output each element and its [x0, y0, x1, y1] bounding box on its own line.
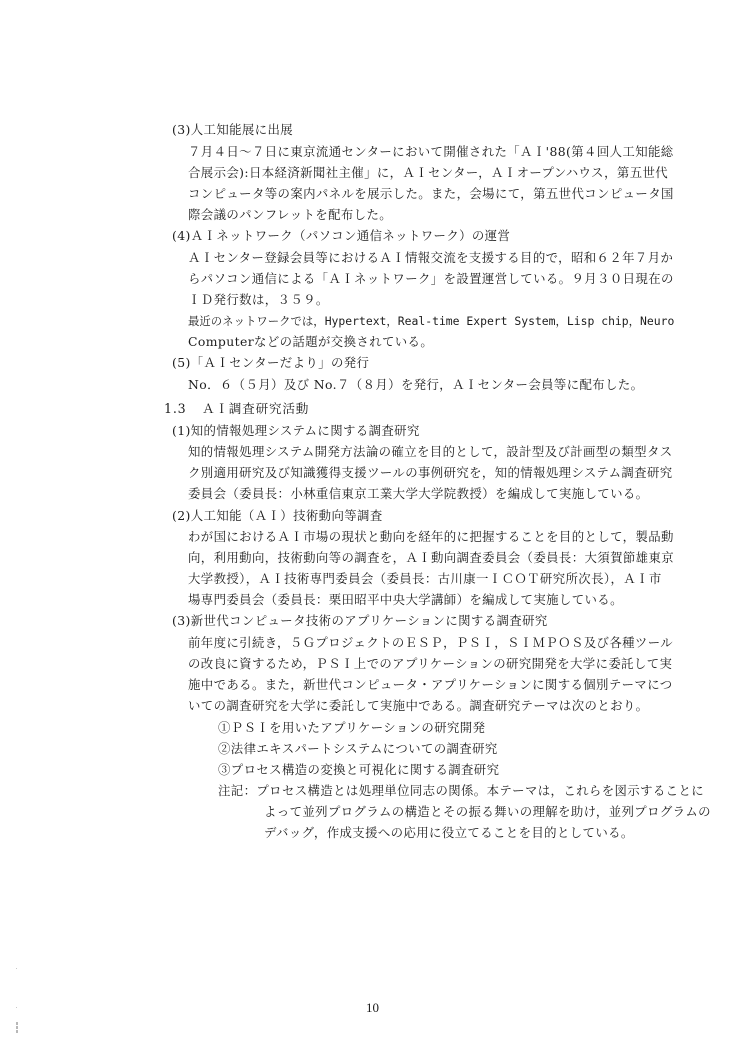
paragraph-line: ＩＤ発行数は，３５９。	[188, 292, 329, 308]
paragraph-line: 委員会（委員長：小林重信東京工業大学大学院教授）を編成して実施している。	[188, 486, 648, 502]
scan-artifact	[16, 968, 17, 969]
subsection-heading-knowledge-systems: (1)知的情報処理システムに関する調査研究	[172, 423, 420, 439]
section-title: ＡＩ調査研究活動	[202, 401, 309, 416]
section-number: 1.3	[164, 401, 202, 417]
paragraph-line: の改良に資するため，ＰＳＩ上でのアプリケーションの研究開発を大学に委託して実	[188, 656, 672, 672]
paragraph-line: 際会議のパンフレットを配布した。	[188, 207, 392, 223]
page-number: 10	[366, 1000, 379, 1016]
section-heading-exhibition: (3)人工知能展に出展	[172, 122, 293, 138]
paragraph-line: ク別適用研究及び知識獲得支援ツールの事例研究を，知的情報処理システム調査研究	[188, 465, 673, 481]
paragraph-line: ＡＩセンター登録会員等におけるＡＩ情報交流を支援する目的で，昭和６２年７月か	[188, 250, 673, 266]
paragraph-line: 場専門委員会（委員長：栗田昭平中央大学講師）を編成して実施している。	[188, 592, 623, 608]
note-line: よって並列プログラムの構造とその振る舞いの理解を助け，並列プログラムの	[264, 804, 711, 820]
paragraph-line: コンピュータ等の案内パネルを展示した。また，会場にて，第五世代コンピュータ国	[188, 186, 674, 202]
scan-artifact	[16, 1030, 18, 1033]
section-heading-1-3: 1.3ＡＩ調査研究活動	[164, 401, 309, 417]
scan-artifact	[16, 1022, 18, 1025]
paragraph-line: 最近のネットワークでは，Hypertext，Real-time Expert S…	[188, 313, 674, 329]
paragraph-line: 合展示会):日本経済新聞社主催」に，ＡＩセンター，ＡＩオープンハウス，第五世代	[188, 165, 668, 181]
paragraph-line: Computerなどの話題が交換されている。	[188, 334, 433, 350]
paragraph-line: いての調査研究を大学に委託して実施中である。調査研究テーマは次のとおり。	[188, 698, 648, 714]
paragraph-line: 知的情報処理システム開発方法論の確立を目的として，設計型及び計画型の類型タス	[188, 444, 673, 460]
scan-artifact	[16, 1026, 18, 1029]
section-heading-ai-network: (4)ＡＩネットワーク（パソコン通信ネットワーク）の運営	[172, 228, 510, 244]
paragraph-line: わが国におけるＡＩ市場の現状と動向を経年的に把握することを目的として，製品動	[188, 529, 674, 545]
paragraph-line: 大学教授），ＡＩ技術専門委員会（委員長：古川康一ＩＣＯＴ研究所次長），ＡＩ市	[188, 571, 662, 587]
subsection-heading-ai-trends: (2)人工知能（ＡＩ）技術動向等調査	[172, 508, 383, 524]
research-theme-item: ②法律エキスパートシステムについての調査研究	[218, 741, 498, 757]
paragraph-line: 前年度に引続き，５ＧプロジェクトのＥＳＰ，ＰＳＩ，ＳＩＭＰＯＳ及び各種ツール	[188, 635, 673, 651]
section-heading-newsletter: (5)「ＡＩセンターだより」の発行	[172, 355, 369, 371]
paragraph-line: ７月４日～７日に東京流通センターにおいて開催された「ＡＩ'88(第４回人工知能総	[188, 144, 674, 160]
document-page: (3)人工知能展に出展 ７月４日～７日に東京流通センターにおいて開催された「ＡＩ…	[0, 0, 750, 1054]
subsection-heading-new-generation: (3)新世代コンピュータ技術のアプリケーションに関する調査研究	[172, 613, 548, 629]
research-theme-item: ③プロセス構造の変換と可視化に関する調査研究	[218, 762, 499, 778]
note-line: 注記：プロセス構造とは処理単位同志の関係。本テーマは，これらを図示することに	[218, 783, 704, 799]
note-line: デバッグ，作成支援への応用に役立てることを目的としている。	[264, 825, 634, 841]
paragraph-line: 向，利用動向，技術動向等の調査を，ＡＩ動向調査委員会（委員長：大須賀節雄東京	[188, 550, 674, 566]
paragraph-line: らパソコン通信による「ＡＩネットワーク」を設置運営している。９月３０日現在の	[188, 271, 674, 287]
research-theme-item: ①ＰＳＩを用いたアプリケーションの研究開発	[218, 720, 485, 736]
scan-artifact	[16, 1007, 17, 1008]
paragraph-line: No．６（５月）及び No.７（８月）を発行，ＡＩセンター会員等に配布した。	[188, 377, 643, 393]
paragraph-line: 施中である。また，新世代コンピュータ・アプリケーションに関する個別テーマにつ	[188, 677, 673, 693]
